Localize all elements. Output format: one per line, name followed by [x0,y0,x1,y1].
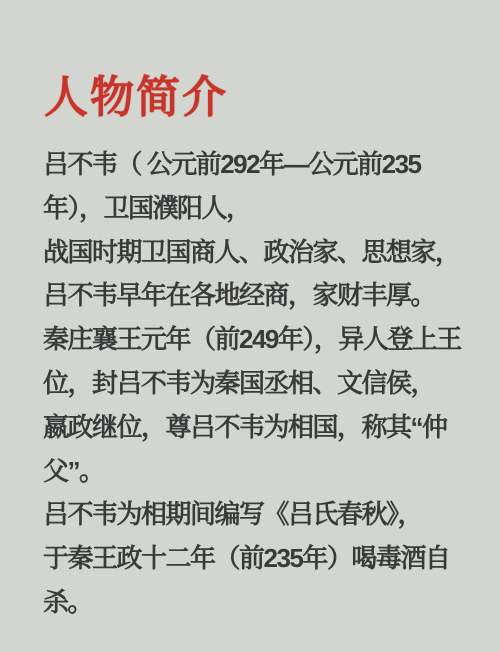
body-line: 战国时期卫国商人、政治家、思想家， [43,231,483,275]
page-title: 人物简介 [44,76,228,120]
body-line: 吕不韦（ 公元前292年—公元前235 [43,143,483,187]
profile-card: 人物简介 吕不韦（ 公元前292年—公元前235 年），卫国濮阳人， 战国时期卫… [0,0,500,652]
body-line: 位，封吕不韦为秦国丞相、文信侯， [43,362,483,406]
biography-text: 吕不韦（ 公元前292年—公元前235 年），卫国濮阳人， 战国时期卫国商人、政… [43,143,483,625]
body-line: 嬴政继位，尊吕不韦为相国，称其“仲 [43,406,483,450]
body-line: 父”。 [43,450,483,494]
body-line: 秦庄襄王元年（前249年），异人登上王 [43,318,483,362]
body-line: 于秦王政十二年（前235年）喝毒酒自 [43,537,483,581]
body-line: 吕不韦为相期间编写《吕氏春秋》， [43,493,483,537]
body-line: 年），卫国濮阳人， [43,187,483,231]
body-line: 吕不韦早年在各地经商，家财丰厚。 [43,274,483,318]
body-line: 杀。 [43,581,483,625]
